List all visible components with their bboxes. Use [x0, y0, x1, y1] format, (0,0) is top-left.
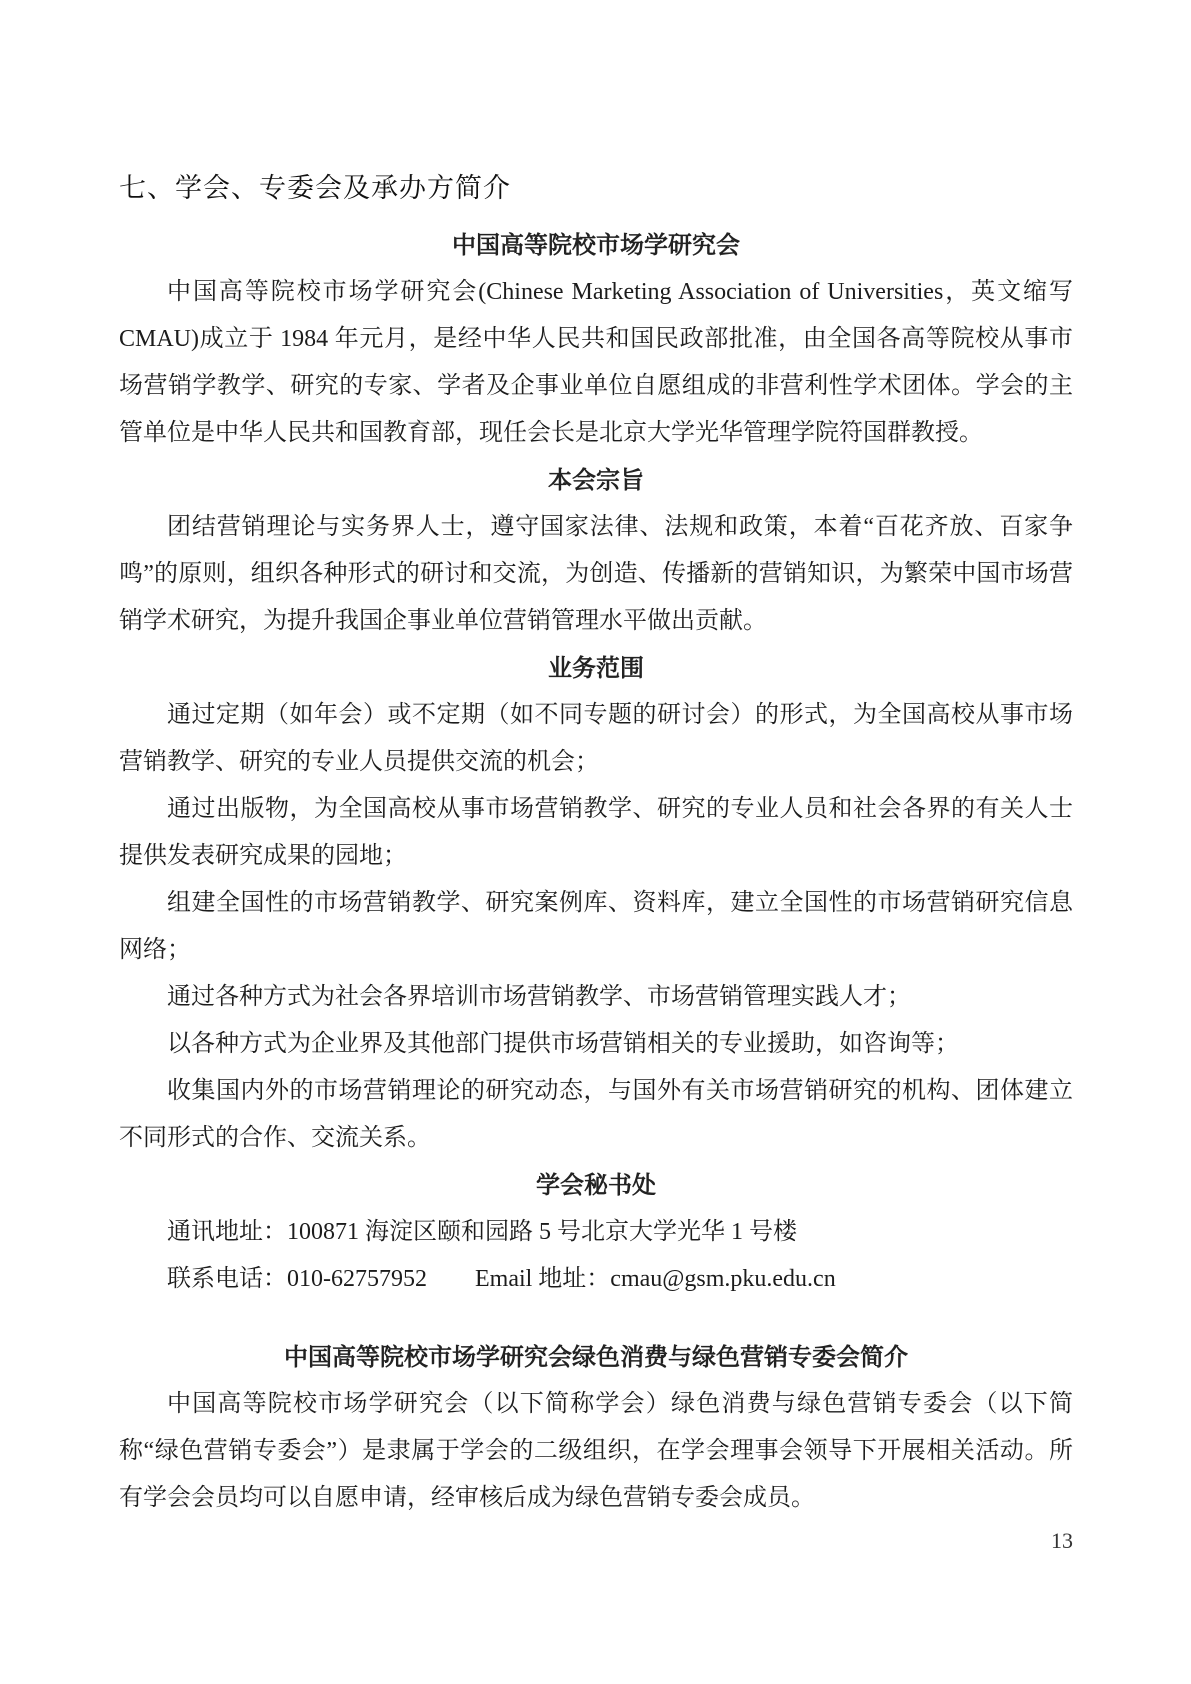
- org-section-title: 中国高等院校市场学研究会: [119, 222, 1073, 269]
- scope-section-title: 业务范围: [119, 645, 1073, 692]
- green-committee-intro-paragraph: 中国高等院校市场学研究会（以下简称学会）绿色消费与绿色营销专委会（以下简称“绿色…: [119, 1381, 1073, 1522]
- scope-item-paragraph: 收集国内外的市场营销理论的研究动态，与国外有关市场营销研究的机构、团体建立不同形…: [119, 1068, 1073, 1162]
- page-number: 13: [1051, 1527, 1073, 1555]
- scope-item-paragraph: 通过出版物，为全国高校从事市场营销教学、研究的专业人员和社会各界的有关人士提供发…: [119, 786, 1073, 880]
- document-content: 七、学会、专委会及承办方简介 中国高等院校市场学研究会 中国高等院校市场学研究会…: [119, 0, 1073, 1522]
- document-page: 七、学会、专委会及承办方简介 中国高等院校市场学研究会 中国高等院校市场学研究会…: [0, 0, 1191, 1684]
- scope-item-paragraph: 通过定期（如年会）或不定期（如不同专题的研讨会）的形式，为全国高校从事市场营销教…: [119, 692, 1073, 786]
- contact-phone-email-line: 联系电话：010-62757952 Email 地址：cmau@gsm.pku.…: [119, 1256, 1073, 1303]
- postal-address-line: 通讯地址：100871 海淀区颐和园路 5 号北京大学光华 1 号楼: [119, 1209, 1073, 1256]
- scope-item-paragraph: 组建全国性的市场营销教学、研究案例库、资料库，建立全国性的市场营销研究信息网络；: [119, 880, 1073, 974]
- green-committee-section-title: 中国高等院校市场学研究会绿色消费与绿色营销专委会简介: [119, 1334, 1073, 1381]
- purpose-section-title: 本会宗旨: [119, 457, 1073, 504]
- scope-item-paragraph: 通过各种方式为社会各界培训市场营销教学、市场营销管理实践人才；: [119, 974, 1073, 1021]
- secretariat-section-title: 学会秘书处: [119, 1162, 1073, 1209]
- scope-item-paragraph: 以各种方式为企业界及其他部门提供市场营销相关的专业援助，如咨询等；: [119, 1021, 1073, 1068]
- document-title: 七、学会、专委会及承办方简介: [119, 165, 1073, 212]
- org-intro-paragraph: 中国高等院校市场学研究会(Chinese Marketing Associati…: [119, 269, 1073, 457]
- purpose-paragraph: 团结营销理论与实务界人士，遵守国家法律、法规和政策，本着“百花齐放、百家争鸣”的…: [119, 504, 1073, 645]
